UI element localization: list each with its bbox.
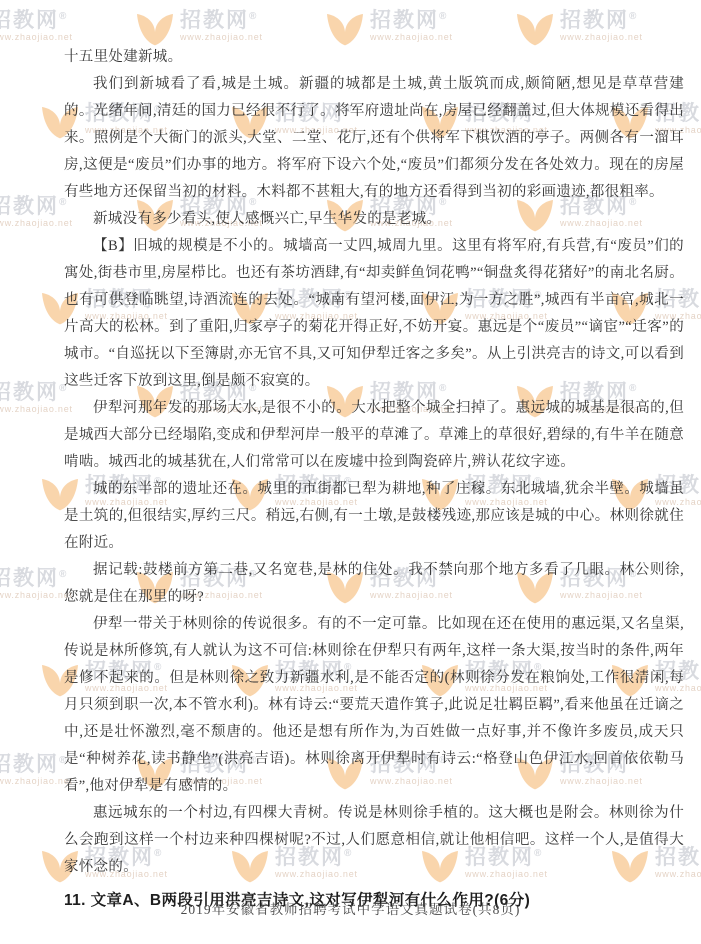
passage-paragraph: 惠远城东的一个村边,有四棵大青树。传说是林则徐手植的。这大概也是附会。林则徐为什…	[64, 800, 684, 881]
passage: 十五里处建新城。我们到新城看了看,城是土城。新疆的城都是土城,黄土版筑而成,颇简…	[64, 44, 684, 881]
passage-paragraph: 十五里处建新城。	[64, 44, 684, 71]
document-page: 招教网®www.zhaojiao.net招教网®www.zhaojiao.net…	[0, 0, 701, 944]
page-footer: 2019年安徽省教师招聘考试中学语文真题试卷(共8页)	[0, 898, 701, 918]
passage-paragraph: 伊犁一带关于林则徐的传说很多。有的不一定可靠。比如现在还在使用的惠远渠,又名皇渠…	[64, 611, 684, 800]
passage-paragraph: 【B】旧城的规模是不小的。城墙高一丈四,城周九里。这里有将军府,有兵营,有“废员…	[64, 233, 684, 395]
passage-paragraph: 我们到新城看了看,城是土城。新疆的城都是土城,黄土版筑而成,颇简陋,想见是草草营…	[64, 71, 684, 206]
page-content: 十五里处建新城。我们到新城看了看,城是土城。新疆的城都是土城,黄土版筑而成,颇简…	[0, 0, 701, 913]
passage-paragraph: 新城没有多少看头,使人感慨兴亡,早生华发的是老城。	[64, 206, 684, 233]
passage-paragraph: 城的东半部的遗址还在。城里的市街都已犁为耕地,种了庄稼。东北城墙,犹余半壁。城墙…	[64, 476, 684, 557]
passage-paragraph: 据记载:鼓楼前方第二巷,又名宽巷,是林的住处。我不禁向那个地方多看了几眼。林公则…	[64, 557, 684, 611]
passage-paragraph: 伊犁河那年发的那场大水,是很不小的。大水把整个城全扫掉了。惠远城的城基是很高的,…	[64, 395, 684, 476]
